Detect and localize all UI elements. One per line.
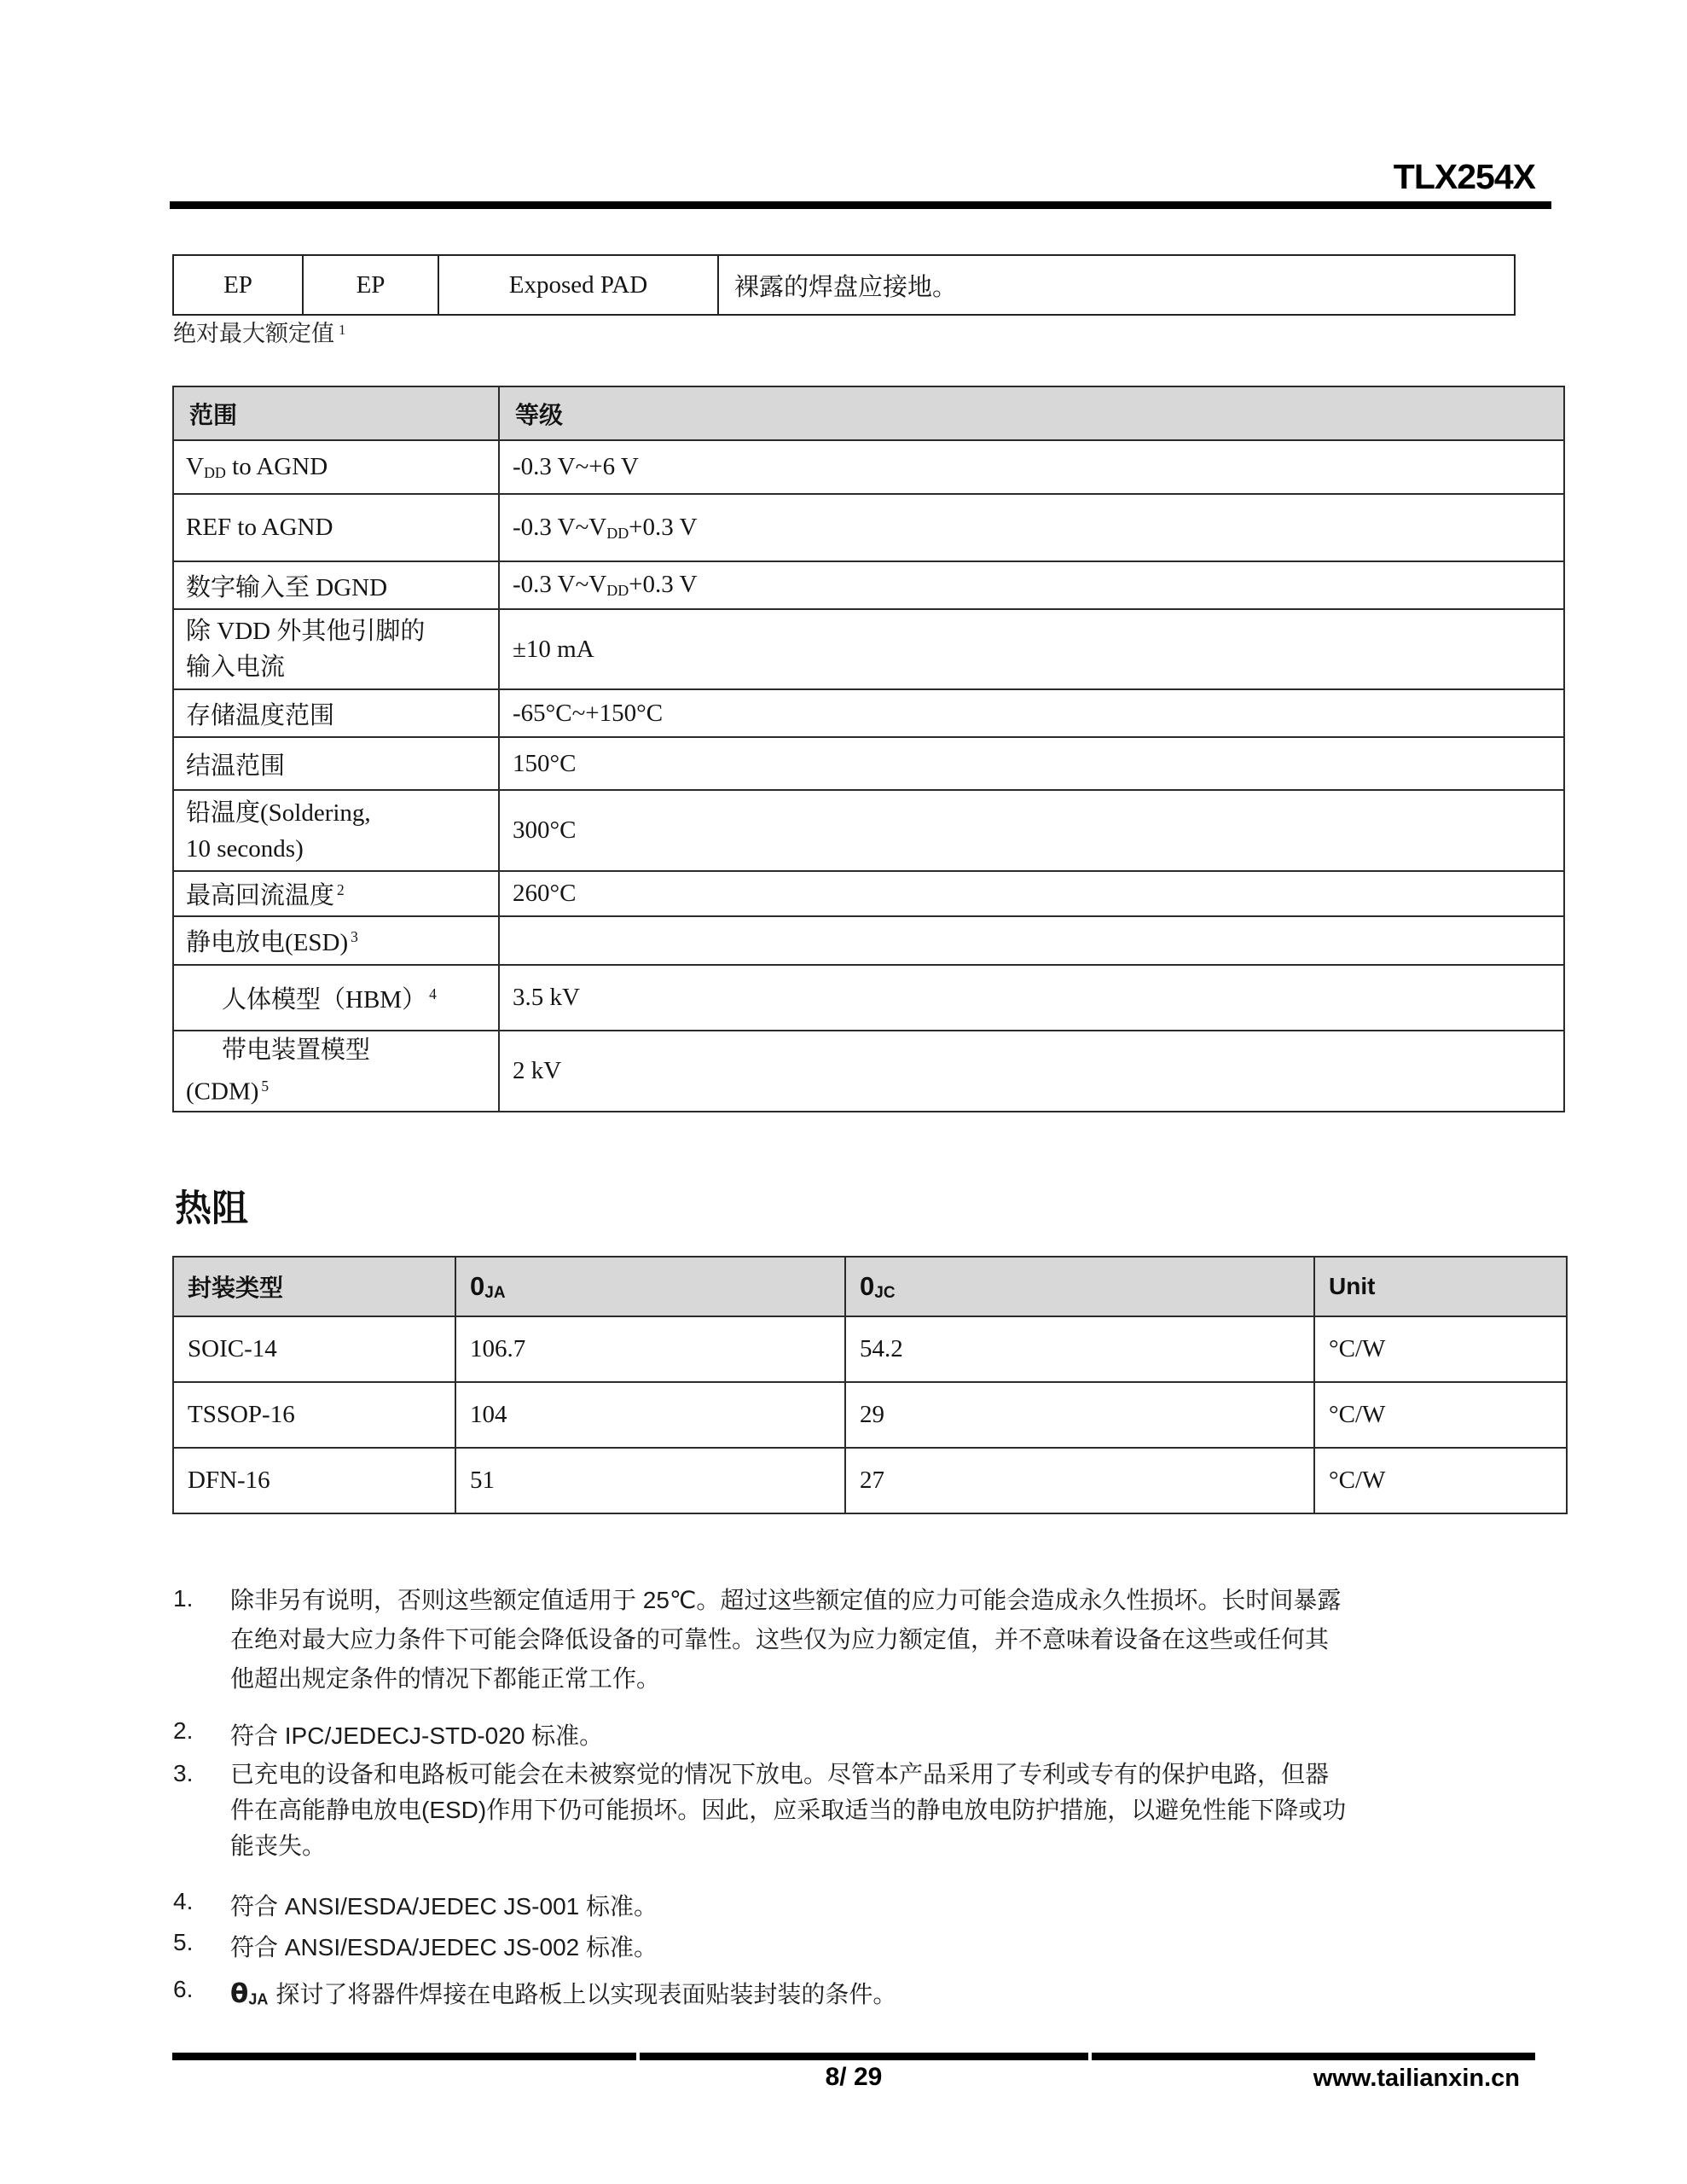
rating-cell: -0.3 V~+6 V [499,440,1564,494]
ep-cell-name2: EP [303,255,438,315]
theta-ja-cell: 106.7 [455,1316,845,1382]
col-header-theta-ja: 0JA [455,1257,845,1316]
table-row: 带电装置模型 (CDM)5 2 kV [173,1031,1564,1112]
param-cell: 数字输入至 DGND [173,561,499,609]
table-row: 静电放电(ESD)3 [173,916,1564,965]
param-cell: REF to AGND [173,494,499,561]
param-cell: 除 VDD 外其他引脚的 输入电流 [173,609,499,689]
unit-cell: °C/W [1314,1316,1567,1382]
param-text: to AGND [226,453,328,480]
param-line2: (CDM) [186,1078,258,1106]
footnote-4: 4. 符合 ANSI/ESDA/JEDEC JS-001 标准。 [173,1888,1580,1922]
theta-subscript: JC [874,1283,895,1301]
footnote-5: 5. 符合 ANSI/ESDA/JEDEC JS-002 标准。 [173,1929,1580,1963]
theta-symbol: 0 [470,1271,484,1301]
ep-cell-label: Exposed PAD [438,255,718,315]
table-row: 人体模型（HBM）4 3.5 kV [173,965,1564,1031]
table-row: EP EP Exposed PAD 裸露的焊盘应接地。 [173,255,1515,315]
theta-subscript: JA [484,1283,505,1301]
footnote-text: θJA探讨了将器件焊接在电路板上以实现表面贴装封装的条件。 [230,1976,1580,2010]
footnote-text: 符合 IPC/JEDECJ-STD-020 标准。 [230,1717,1580,1751]
abs-max-caption: 绝对最大额定值1 [173,315,345,348]
table-row: 铅温度(Soldering, 10 seconds) 300°C [173,790,1564,871]
theta-jc-cell: 29 [845,1382,1314,1448]
page-title: TLX254X [0,157,1535,197]
rating-subscript: DD [606,582,629,599]
footnote-text: 已充电的设备和电路板可能会在未被察觉的情况下放电。尽管本产品采用了专利或专有的保… [230,1760,1580,1867]
package-cell: SOIC-14 [173,1316,455,1382]
footnote-text: 符合 ANSI/ESDA/JEDEC JS-001 标准。 [230,1888,1580,1922]
param-cell: 人体模型（HBM）4 [173,965,499,1031]
table-row: REF to AGND -0.3 V~VDD+0.3 V [173,494,1564,561]
footnote-1: 1. 除非另有说明，否则这些额定值适用于 25℃。超过这些额定值的应力可能会造成… [173,1585,1580,1703]
param-text: 静电放电(ESD) [186,929,348,956]
header-rule [170,201,1551,209]
theta-symbol: 0 [860,1271,874,1301]
ep-cell-name: EP [173,255,303,315]
package-cell: DFN-16 [173,1448,455,1513]
footnote-number: 5. [173,1929,230,1963]
ep-pin-table: EP EP Exposed PAD 裸露的焊盘应接地。 [172,254,1516,316]
col-header-package: 封装类型 [173,1257,455,1316]
footnote-number: 4. [173,1888,230,1922]
table-row: TSSOP-16 104 29 °C/W [173,1382,1567,1448]
footnote-number: 3. [173,1760,230,1867]
param-line1: 铅温度(Soldering, [186,795,498,831]
ep-cell-description: 裸露的焊盘应接地。 [718,255,1515,315]
footer-rule-segment [172,2053,636,2060]
param-cell: 结温范围 [173,737,499,790]
table-header-row: 封装类型 0JA 0JC Unit [173,1257,1567,1316]
rating-cell: 300°C [499,790,1564,871]
table-row: 结温范围 150°C [173,737,1564,790]
param-text: V [186,453,204,480]
table-row: 最高回流温度2 260°C [173,871,1564,916]
rating-cell: ±10 mA [499,609,1564,689]
footnote-line: 符合 ANSI/ESDA/JEDEC JS-001 标准。 [230,1888,1580,1922]
col-header-param: 范围 [173,386,499,440]
abs-max-caption-text: 绝对最大额定值 [173,321,334,346]
unit-cell: °C/W [1314,1382,1567,1448]
footnote-line-text: 探讨了将器件焊接在电路板上以实现表面贴装封装的条件。 [275,1981,896,2007]
param-text: 人体模型（HBM） [186,980,426,1015]
footnote-number: 6. [173,1976,230,2010]
rating-text: +0.3 V [629,514,697,541]
footnote-line: 符合 IPC/JEDECJ-STD-020 标准。 [230,1717,1580,1751]
theta-ja-cell: 51 [455,1448,845,1513]
param-line2: 10 seconds) [186,831,498,867]
theta-ja-cell: 104 [455,1382,845,1448]
param-subscript: DD [204,463,226,480]
rating-cell: 2 kV [499,1031,1564,1112]
param-superscript: 4 [429,985,437,1002]
rating-cell: 3.5 kV [499,965,1564,1031]
table-row: SOIC-14 106.7 54.2 °C/W [173,1316,1567,1382]
rating-cell: 260°C [499,871,1564,916]
rating-subscript: DD [606,524,629,541]
footnote-text: 符合 ANSI/ESDA/JEDEC JS-002 标准。 [230,1929,1580,1963]
footnote-2: 2. 符合 IPC/JEDECJ-STD-020 标准。 [173,1717,1580,1751]
rating-cell: -0.3 V~VDD+0.3 V [499,494,1564,561]
param-text: 最高回流温度 [186,882,334,909]
theta-subscript: JA [248,1991,268,2008]
param-cell: 带电装置模型 (CDM)5 [173,1031,499,1112]
footnote-3: 3. 已充电的设备和电路板可能会在未被察觉的情况下放电。尽管本产品采用了专利或专… [173,1760,1580,1867]
package-cell: TSSOP-16 [173,1382,455,1448]
table-header-row: 范围 等级 [173,386,1564,440]
rating-cell [499,916,1564,965]
table-row: VDD to AGND -0.3 V~+6 V [173,440,1564,494]
param-superscript: 3 [351,928,358,945]
param-cell: 铅温度(Soldering, 10 seconds) [173,790,499,871]
rating-text: -0.3 V~V [513,571,606,598]
table-row: 存储温度范围 -65°C~+150°C [173,689,1564,737]
param-superscript: 2 [337,881,345,898]
param-superscript: 5 [261,1077,269,1095]
param-cell: 静电放电(ESD)3 [173,916,499,965]
thermal-section-title: 热阻 [175,1180,248,1232]
param-cell: VDD to AGND [173,440,499,494]
theta-jc-cell: 54.2 [845,1316,1314,1382]
param-line1: 带电装置模型 [186,1032,370,1068]
theta-jc-cell: 27 [845,1448,1314,1513]
footer-rule [172,2053,1535,2060]
param-cell: 最高回流温度2 [173,871,499,916]
footnote-number: 2. [173,1717,230,1751]
abs-max-caption-superscript: 1 [339,322,345,338]
unit-cell: °C/W [1314,1448,1567,1513]
footer-rule-segment [640,2053,1088,2060]
col-header-unit: Unit [1314,1257,1567,1316]
col-header-theta-jc: 0JC [845,1257,1314,1316]
thermal-table: 封装类型 0JA 0JC Unit SOIC-14 106.7 54.2 °C/… [172,1256,1568,1514]
table-row: 数字输入至 DGND -0.3 V~VDD+0.3 V [173,561,1564,609]
theta-symbol: θ [230,1978,248,2009]
param-cell: 存储温度范围 [173,689,499,737]
param-line2: 输入电流 [186,649,498,685]
param-line1: 除 VDD 外其他引脚的 [186,613,498,649]
footnote-line: θJA探讨了将器件焊接在电路板上以实现表面贴装封装的条件。 [230,1976,1580,2010]
footnote-6: 6. θJA探讨了将器件焊接在电路板上以实现表面贴装封装的条件。 [173,1976,1580,2010]
footnote-number: 1. [173,1585,230,1703]
footnote-line: 符合 ANSI/ESDA/JEDEC JS-002 标准。 [230,1929,1580,1963]
rating-text: -0.3 V~V [513,514,606,541]
table-row: 除 VDD 外其他引脚的 输入电流 ±10 mA [173,609,1564,689]
footer-website: www.tailianxin.cn [172,2065,1520,2093]
abs-max-table: 范围 等级 VDD to AGND -0.3 V~+6 V REF to AGN… [172,386,1565,1112]
footnote-text: 除非另有说明，否则这些额定值适用于 25℃。超过这些额定值的应力可能会造成永久性… [230,1585,1580,1703]
table-row: DFN-16 51 27 °C/W [173,1448,1567,1513]
col-header-rating: 等级 [499,386,1564,440]
footer-rule-segment [1092,2053,1535,2060]
rating-cell: 150°C [499,737,1564,790]
rating-cell: -65°C~+150°C [499,689,1564,737]
rating-cell: -0.3 V~VDD+0.3 V [499,561,1564,609]
rating-text: +0.3 V [629,571,697,598]
